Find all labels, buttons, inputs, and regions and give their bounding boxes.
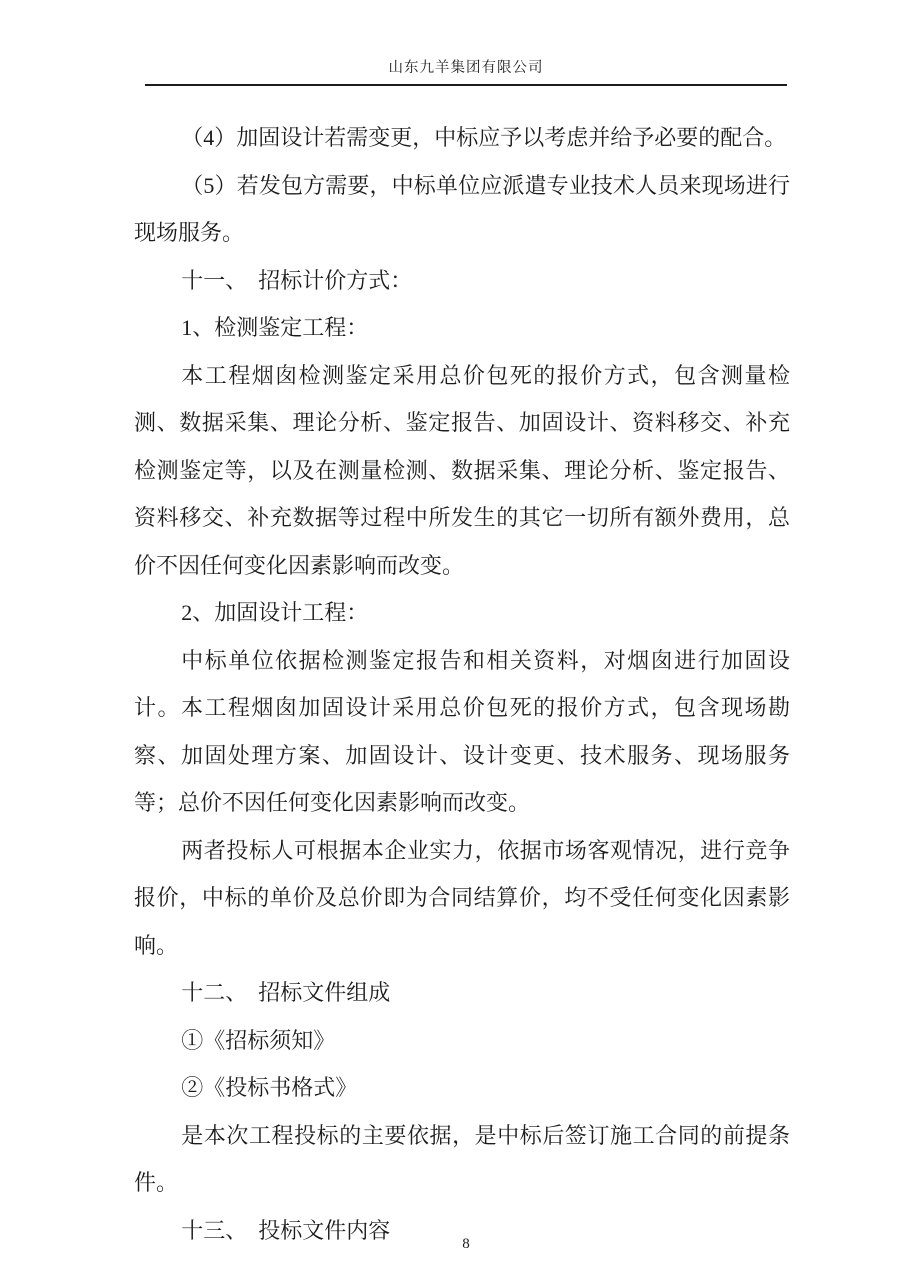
paragraph: 两者投标人可根据本企业实力，依据市场客观情况，进行竞争报价，中标的单价及总价即为… — [134, 827, 790, 970]
paragraph: 1、检测鉴定工程： — [134, 304, 790, 352]
document-body: （4）加固设计若需变更，中标应予以考虑并给予必要的配合。（5）若发包方需要，中标… — [134, 114, 790, 1254]
paragraph: 十二、 招标文件组成 — [134, 969, 790, 1017]
page-footer: 8 — [145, 1236, 787, 1253]
page-number: 8 — [462, 1236, 470, 1252]
paragraph: 十一、 招标计价方式： — [134, 257, 790, 305]
paragraph: 中标单位依据检测鉴定报告和相关资料，对烟囱进行加固设计。本工程烟囱加固设计采用总… — [134, 637, 790, 827]
document-page: 山东九羊集团有限公司 （4）加固设计若需变更，中标应予以考虑并给予必要的配合。（… — [0, 0, 900, 1273]
paragraph: 是本次工程投标的主要依据，是中标后签订施工合同的前提条件。 — [134, 1112, 790, 1207]
paragraph: 本工程烟囱检测鉴定采用总价包死的报价方式，包含测量检测、数据采集、理论分析、鉴定… — [134, 352, 790, 590]
paragraph: 2、加固设计工程： — [134, 589, 790, 637]
paragraph: （5）若发包方需要，中标单位应派遣专业技术人员来现场进行现场服务。 — [134, 162, 790, 257]
company-name: 山东九羊集团有限公司 — [389, 60, 544, 76]
paragraph: （4）加固设计若需变更，中标应予以考虑并给予必要的配合。 — [134, 114, 790, 162]
paragraph: ①《招标须知》 — [134, 1017, 790, 1065]
paragraph: ②《投标书格式》 — [134, 1064, 790, 1112]
page-header: 山东九羊集团有限公司 — [145, 56, 787, 86]
